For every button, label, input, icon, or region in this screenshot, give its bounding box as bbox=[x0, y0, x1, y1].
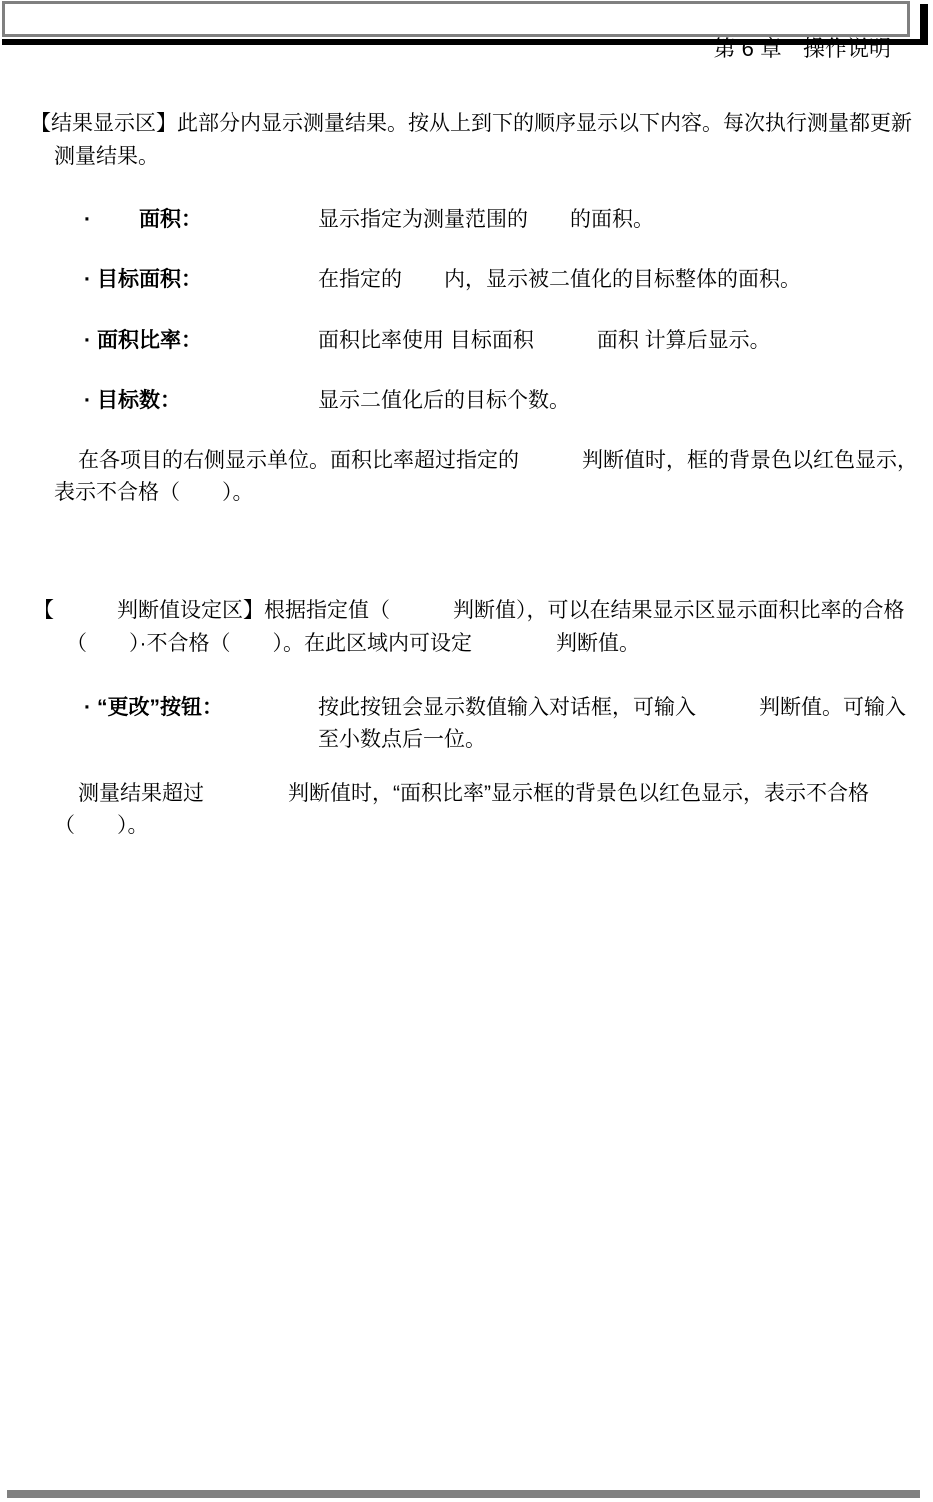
bullet-desc-change-button-line1: 按此按钮会显示数值输入对话框，可输入判断值。可输入 bbox=[318, 694, 906, 721]
header-rule bbox=[2, 39, 928, 45]
judge-area-intro-line2: （）·不合格（）。在此区域内可设定判断值。 bbox=[66, 630, 640, 657]
result-area-intro-line2: 测量结果。 bbox=[54, 143, 159, 170]
bullet-item-area-ratio: · 面积比率： 面积比率使用 目标面积面积 计算后显示。 bbox=[0, 327, 933, 357]
bullet-item-change-button: · “更改”按钮： 按此按钮会显示数值输入对话框，可输入判断值。可输入 bbox=[0, 694, 933, 724]
judge-area-note-line1: 测量结果超过判断值时，“面积比率”显示框的背景色以红色显示，表示不合格 bbox=[78, 780, 869, 807]
bullet-label-area-ratio: 面积比率： bbox=[97, 327, 202, 354]
bullet-desc-change-button-line2: 至小数点后一位。 bbox=[318, 726, 486, 753]
result-area-note-line2: 表示不合格（）。 bbox=[54, 479, 254, 506]
manual-page: 第 6 章操作说明 【结果显示区】此部分内显示测量结果。按从上到下的顺序显示以下… bbox=[0, 0, 933, 1502]
bullet-desc-area-ratio: 面积比率使用 目标面积面积 计算后显示。 bbox=[318, 327, 771, 354]
bullet-label-target-count: 目标数： bbox=[97, 387, 181, 414]
judge-area-note-line2: （）。 bbox=[54, 812, 149, 839]
footer-rule bbox=[7, 1490, 920, 1498]
bullet-label-change-button: “更改”按钮： bbox=[97, 694, 223, 721]
bullet-dot: · bbox=[84, 266, 91, 293]
bullet-dot: · bbox=[84, 387, 91, 414]
bullet-dot: · bbox=[84, 694, 91, 721]
bullet-label-area: 面积： bbox=[97, 206, 202, 233]
result-area-note-line1: 在各项目的右侧显示单位。面积比率超过指定的判断值时，框的背景色以红色显示， bbox=[78, 447, 918, 474]
judge-area-intro-line1: 【判断值设定区】根据指定值（判断值），可以在结果显示区显示面积比率的合格 bbox=[33, 597, 905, 624]
result-area-intro-line1: 【结果显示区】此部分内显示测量结果。按从上到下的顺序显示以下内容。每次执行测量都… bbox=[30, 110, 912, 137]
bullet-desc-target-count: 显示二值化后的目标个数。 bbox=[318, 387, 570, 414]
bullet-item-target-count: · 目标数： 显示二值化后的目标个数。 bbox=[0, 387, 933, 417]
bullet-label-target-area: 目标面积： bbox=[97, 266, 202, 293]
bullet-dot: · bbox=[84, 327, 91, 354]
bullet-item-area: · 面积： 显示指定为测量范围的的面积。 bbox=[0, 206, 933, 236]
bullet-dot: · bbox=[84, 206, 91, 233]
bullet-desc-area: 显示指定为测量范围的的面积。 bbox=[318, 206, 654, 233]
page-header-box: 第 6 章操作说明 bbox=[2, 1, 910, 37]
bullet-desc-target-area: 在指定的内，显示被二值化的目标整体的面积。 bbox=[318, 266, 801, 293]
bullet-item-target-area: · 目标面积： 在指定的内，显示被二值化的目标整体的面积。 bbox=[0, 266, 933, 296]
